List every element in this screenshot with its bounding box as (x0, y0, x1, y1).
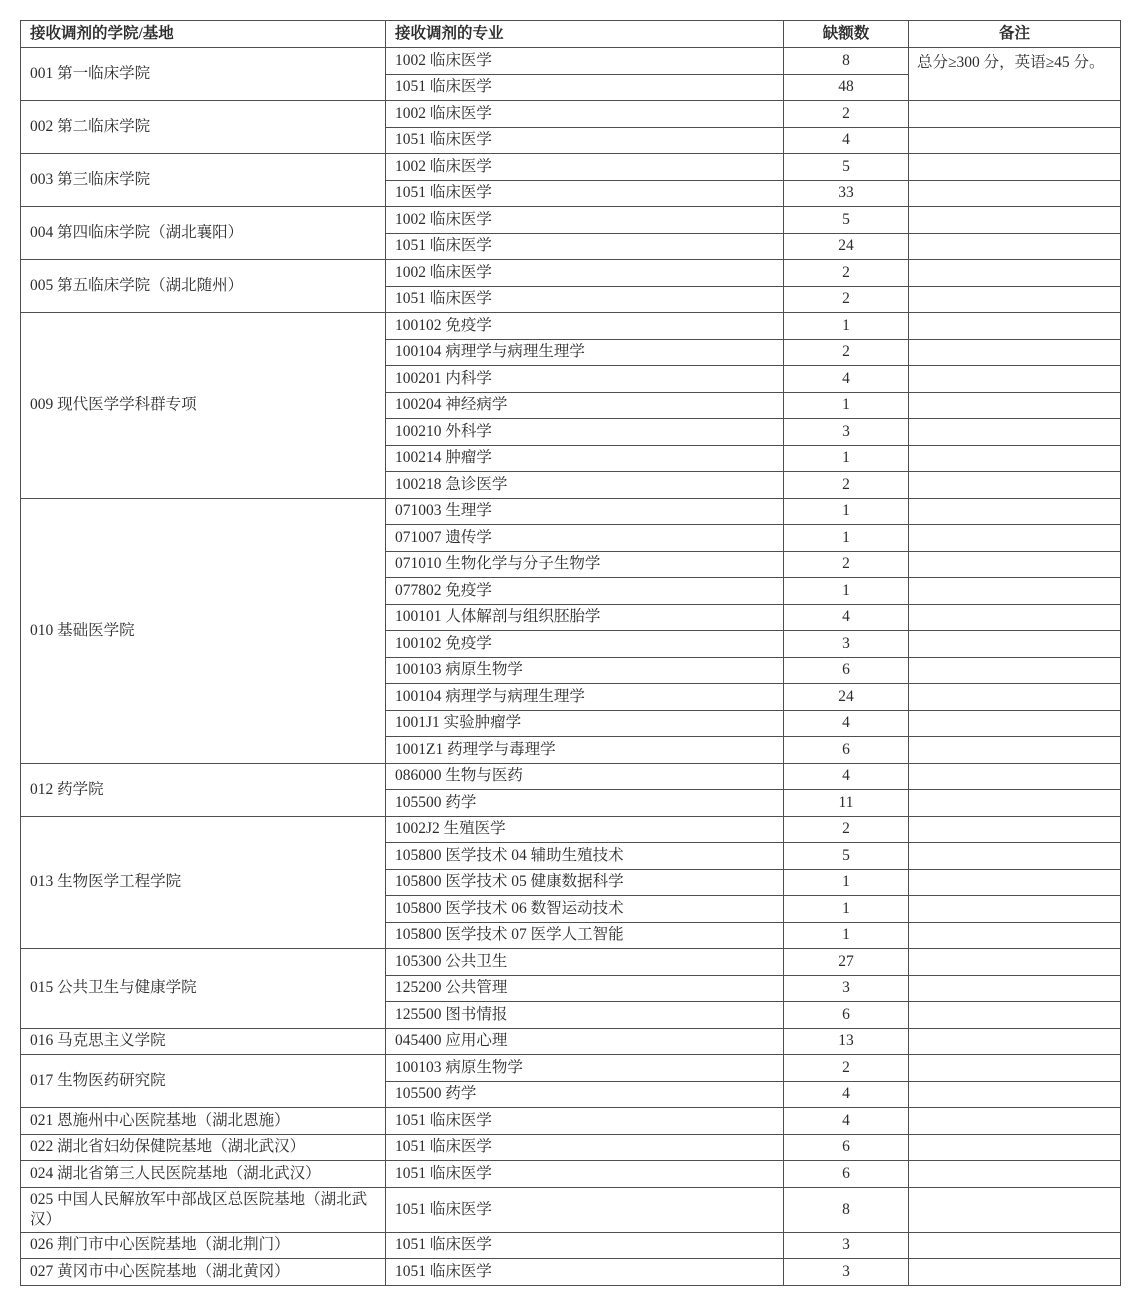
header-quota: 缺额数 (784, 21, 909, 48)
major-cell: 071010 生物化学与分子生物学 (386, 551, 784, 578)
quota-cell: 2 (784, 286, 909, 313)
quota-cell: 24 (784, 684, 909, 711)
table-row: 005 第五临床学院（湖北随州）1002 临床医学2 (21, 260, 1121, 287)
quota-cell: 1 (784, 896, 909, 923)
major-cell: 1051 临床医学 (386, 74, 784, 101)
remark-cell (909, 101, 1121, 128)
major-cell: 1051 临床医学 (386, 180, 784, 207)
college-cell: 024 湖北省第三人民医院基地（湖北武汉） (21, 1161, 386, 1188)
remark-cell (909, 260, 1121, 287)
major-cell: 071007 遗传学 (386, 525, 784, 552)
remark-cell (909, 154, 1121, 181)
header-college: 接收调剂的学院/基地 (21, 21, 386, 48)
major-cell: 1051 临床医学 (386, 127, 784, 154)
remark-cell (909, 737, 1121, 764)
remark-cell (909, 1134, 1121, 1161)
transfer-quota-table: 接收调剂的学院/基地 接收调剂的专业 缺额数 备注 001 第一临床学院1002… (20, 20, 1121, 1286)
quota-cell: 1 (784, 445, 909, 472)
remark-cell (909, 233, 1121, 260)
quota-cell: 1 (784, 525, 909, 552)
college-cell: 016 马克思主义学院 (21, 1028, 386, 1055)
remark-cell (909, 657, 1121, 684)
remark-cell (909, 366, 1121, 393)
table-row: 004 第四临床学院（湖北襄阳）1002 临床医学5 (21, 207, 1121, 234)
major-cell: 100104 病理学与病理生理学 (386, 684, 784, 711)
quota-cell: 6 (784, 657, 909, 684)
quota-cell: 27 (784, 949, 909, 976)
remark-cell (909, 578, 1121, 605)
college-cell: 025 中国人民解放军中部战区总医院基地（湖北武汉） (21, 1187, 386, 1232)
college-cell: 027 黄冈市中心医院基地（湖北黄冈） (21, 1259, 386, 1286)
quota-cell: 5 (784, 207, 909, 234)
quota-cell: 4 (784, 604, 909, 631)
remark-cell (909, 684, 1121, 711)
quota-cell: 8 (784, 48, 909, 75)
quota-cell: 4 (784, 366, 909, 393)
table-row: 026 荆门市中心医院基地（湖北荆门）1051 临床医学3 (21, 1232, 1121, 1259)
quota-cell: 1 (784, 392, 909, 419)
quota-cell: 8 (784, 1187, 909, 1232)
remark-cell (909, 790, 1121, 817)
quota-cell: 2 (784, 551, 909, 578)
major-cell: 100102 免疫学 (386, 631, 784, 658)
quota-cell: 6 (784, 1002, 909, 1029)
remark-cell (909, 1002, 1121, 1029)
major-cell: 1002J2 生殖医学 (386, 816, 784, 843)
remark-cell (909, 710, 1121, 737)
remark-cell (909, 286, 1121, 313)
college-cell: 017 生物医药研究院 (21, 1055, 386, 1108)
header-row: 接收调剂的学院/基地 接收调剂的专业 缺额数 备注 (21, 21, 1121, 48)
major-cell: 1051 临床医学 (386, 1232, 784, 1259)
header-remark: 备注 (909, 21, 1121, 48)
remark-cell (909, 604, 1121, 631)
major-cell: 1051 临床医学 (386, 1259, 784, 1286)
remark-cell (909, 1259, 1121, 1286)
quota-cell: 11 (784, 790, 909, 817)
major-cell: 1002 临床医学 (386, 207, 784, 234)
college-cell: 003 第三临床学院 (21, 154, 386, 207)
quota-cell: 2 (784, 101, 909, 128)
document-page: 接收调剂的学院/基地 接收调剂的专业 缺额数 备注 001 第一临床学院1002… (0, 0, 1138, 1315)
quota-cell: 6 (784, 1161, 909, 1188)
quota-cell: 5 (784, 843, 909, 870)
table-row: 003 第三临床学院1002 临床医学5 (21, 154, 1121, 181)
major-cell: 100102 免疫学 (386, 313, 784, 340)
remark-cell (909, 180, 1121, 207)
major-cell: 100210 外科学 (386, 419, 784, 446)
major-cell: 105800 医学技术 05 健康数据科学 (386, 869, 784, 896)
quota-cell: 13 (784, 1028, 909, 1055)
table-row: 013 生物医学工程学院1002J2 生殖医学2 (21, 816, 1121, 843)
major-cell: 1051 临床医学 (386, 1161, 784, 1188)
quota-cell: 1 (784, 313, 909, 340)
remark-cell (909, 949, 1121, 976)
college-cell: 004 第四临床学院（湖北襄阳） (21, 207, 386, 260)
remark-cell (909, 922, 1121, 949)
quota-cell: 1 (784, 869, 909, 896)
college-cell: 026 荆门市中心医院基地（湖北荆门） (21, 1232, 386, 1259)
table-row: 022 湖北省妇幼保健院基地（湖北武汉）1051 临床医学6 (21, 1134, 1121, 1161)
major-cell: 105500 药学 (386, 790, 784, 817)
major-cell: 045400 应用心理 (386, 1028, 784, 1055)
remark-cell (909, 445, 1121, 472)
quota-cell: 24 (784, 233, 909, 260)
major-cell: 125200 公共管理 (386, 975, 784, 1002)
college-cell: 022 湖北省妇幼保健院基地（湖北武汉） (21, 1134, 386, 1161)
table-row: 015 公共卫生与健康学院105300 公共卫生27 (21, 949, 1121, 976)
table-row: 012 药学院086000 生物与医药4 (21, 763, 1121, 790)
quota-cell: 3 (784, 1259, 909, 1286)
remark-cell (909, 763, 1121, 790)
remark-cell (909, 1028, 1121, 1055)
major-cell: 1002 临床医学 (386, 260, 784, 287)
remark-cell (909, 127, 1121, 154)
college-cell: 009 现代医学学科群专项 (21, 313, 386, 499)
remark-cell (909, 1081, 1121, 1108)
major-cell: 1051 临床医学 (386, 1134, 784, 1161)
remark-cell (909, 975, 1121, 1002)
remark-cell (909, 525, 1121, 552)
table-row: 002 第二临床学院1002 临床医学2 (21, 101, 1121, 128)
quota-cell: 3 (784, 631, 909, 658)
remark-cell (909, 498, 1121, 525)
major-cell: 100204 神经病学 (386, 392, 784, 419)
major-cell: 105800 医学技术 04 辅助生殖技术 (386, 843, 784, 870)
remark-cell (909, 631, 1121, 658)
quota-cell: 3 (784, 1232, 909, 1259)
table-row: 016 马克思主义学院045400 应用心理13 (21, 1028, 1121, 1055)
table-body: 001 第一临床学院1002 临床医学8总分≥300 分，英语≥45 分。105… (21, 48, 1121, 1286)
quota-cell: 33 (784, 180, 909, 207)
major-cell: 100101 人体解剖与组织胚胎学 (386, 604, 784, 631)
remark-cell (909, 896, 1121, 923)
remark-cell (909, 392, 1121, 419)
major-cell: 100201 内科学 (386, 366, 784, 393)
major-cell: 1051 临床医学 (386, 233, 784, 260)
table-row: 025 中国人民解放军中部战区总医院基地（湖北武汉）1051 临床医学8 (21, 1187, 1121, 1232)
major-cell: 071003 生理学 (386, 498, 784, 525)
major-cell: 105800 医学技术 07 医学人工智能 (386, 922, 784, 949)
quota-cell: 6 (784, 1134, 909, 1161)
major-cell: 1001J1 实验肿瘤学 (386, 710, 784, 737)
remark-cell (909, 816, 1121, 843)
remark-cell (909, 551, 1121, 578)
table-row: 001 第一临床学院1002 临床医学8总分≥300 分，英语≥45 分。 (21, 48, 1121, 75)
remark-cell (909, 313, 1121, 340)
quota-cell: 4 (784, 1081, 909, 1108)
college-cell: 002 第二临床学院 (21, 101, 386, 154)
table-row: 009 现代医学学科群专项100102 免疫学1 (21, 313, 1121, 340)
quota-cell: 5 (784, 154, 909, 181)
quota-cell: 4 (784, 710, 909, 737)
major-cell: 125500 图书情报 (386, 1002, 784, 1029)
major-cell: 100104 病理学与病理生理学 (386, 339, 784, 366)
quota-cell: 4 (784, 1108, 909, 1135)
college-cell: 010 基础医学院 (21, 498, 386, 763)
quota-cell: 2 (784, 339, 909, 366)
major-cell: 100218 急诊医学 (386, 472, 784, 499)
remark-cell (909, 419, 1121, 446)
header-major: 接收调剂的专业 (386, 21, 784, 48)
quota-cell: 4 (784, 127, 909, 154)
major-cell: 1001Z1 药理学与毒理学 (386, 737, 784, 764)
major-cell: 1051 临床医学 (386, 1108, 784, 1135)
table-row: 010 基础医学院071003 生理学1 (21, 498, 1121, 525)
major-cell: 1002 临床医学 (386, 48, 784, 75)
quota-cell: 3 (784, 975, 909, 1002)
remark-cell (909, 869, 1121, 896)
college-cell: 012 药学院 (21, 763, 386, 816)
major-cell: 077802 免疫学 (386, 578, 784, 605)
major-cell: 105500 药学 (386, 1081, 784, 1108)
quota-cell: 2 (784, 260, 909, 287)
major-cell: 1002 临床医学 (386, 154, 784, 181)
remark-cell (909, 207, 1121, 234)
quota-cell: 48 (784, 74, 909, 101)
major-cell: 100103 病原生物学 (386, 1055, 784, 1082)
major-cell: 1002 临床医学 (386, 101, 784, 128)
major-cell: 105300 公共卫生 (386, 949, 784, 976)
remark-cell (909, 1187, 1121, 1232)
quota-cell: 2 (784, 1055, 909, 1082)
table-row: 027 黄冈市中心医院基地（湖北黄冈）1051 临床医学3 (21, 1259, 1121, 1286)
college-cell: 015 公共卫生与健康学院 (21, 949, 386, 1029)
remark-cell (909, 339, 1121, 366)
major-cell: 086000 生物与医药 (386, 763, 784, 790)
remark-cell (909, 843, 1121, 870)
remark-cell (909, 1108, 1121, 1135)
table-row: 021 恩施州中心医院基地（湖北恩施）1051 临床医学4 (21, 1108, 1121, 1135)
quota-cell: 1 (784, 578, 909, 605)
major-cell: 105800 医学技术 06 数智运动技术 (386, 896, 784, 923)
quota-cell: 1 (784, 498, 909, 525)
quota-cell: 4 (784, 763, 909, 790)
college-cell: 021 恩施州中心医院基地（湖北恩施） (21, 1108, 386, 1135)
quota-cell: 3 (784, 419, 909, 446)
remark-cell (909, 1161, 1121, 1188)
quota-cell: 2 (784, 816, 909, 843)
quota-cell: 2 (784, 472, 909, 499)
table-header: 接收调剂的学院/基地 接收调剂的专业 缺额数 备注 (21, 21, 1121, 48)
quota-cell: 1 (784, 922, 909, 949)
college-cell: 013 生物医学工程学院 (21, 816, 386, 949)
major-cell: 1051 临床医学 (386, 286, 784, 313)
remark-cell (909, 472, 1121, 499)
major-cell: 1051 临床医学 (386, 1187, 784, 1232)
college-cell: 005 第五临床学院（湖北随州） (21, 260, 386, 313)
remark-cell (909, 1055, 1121, 1082)
table-row: 017 生物医药研究院100103 病原生物学2 (21, 1055, 1121, 1082)
major-cell: 100103 病原生物学 (386, 657, 784, 684)
remark-cell: 总分≥300 分，英语≥45 分。 (909, 48, 1121, 101)
major-cell: 100214 肿瘤学 (386, 445, 784, 472)
remark-cell (909, 1232, 1121, 1259)
college-cell: 001 第一临床学院 (21, 48, 386, 101)
quota-cell: 6 (784, 737, 909, 764)
table-row: 024 湖北省第三人民医院基地（湖北武汉）1051 临床医学6 (21, 1161, 1121, 1188)
